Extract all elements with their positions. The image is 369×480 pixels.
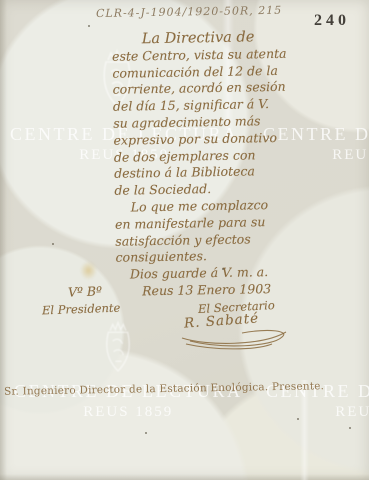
embossed-seal-icon (97, 320, 139, 378)
date-line: Reus 13 Enero 1903 (142, 280, 321, 300)
paper-crease (300, 380, 309, 480)
paper-speck (222, 268, 224, 270)
letter-body: La Directiva de este Centro, vista su at… (112, 28, 322, 300)
signature-flourish-icon (172, 326, 298, 350)
visto-bueno-label: Vº Bº (68, 283, 102, 299)
paper-speck (297, 418, 299, 420)
paper-speck (145, 432, 147, 434)
paper-speck (88, 25, 90, 27)
address-line: Sr. Ingeniero Director de la Estación En… (4, 380, 324, 398)
paper-speck (52, 243, 54, 245)
paper-stain (80, 261, 97, 280)
watermark-line2: REUS 1859 (14, 404, 243, 420)
scanned-letter-page: CENTRE DE LECTURA REUS 1859 CENTRE DE LE… (0, 0, 369, 480)
watermark-line2: REUS 1859 (266, 404, 369, 420)
paper-speck (349, 427, 351, 429)
archival-code-annotation: CLR-4-J-1904/1920-50R, 215 (96, 3, 326, 20)
scan-edge-shadow-left (0, 0, 7, 480)
folio-number-stamp: 240 (314, 12, 350, 30)
president-label: El Presidente (42, 301, 121, 318)
letter-line: este Centro, vista su atenta (112, 45, 317, 65)
scan-edge-shadow-bottom (0, 474, 369, 480)
